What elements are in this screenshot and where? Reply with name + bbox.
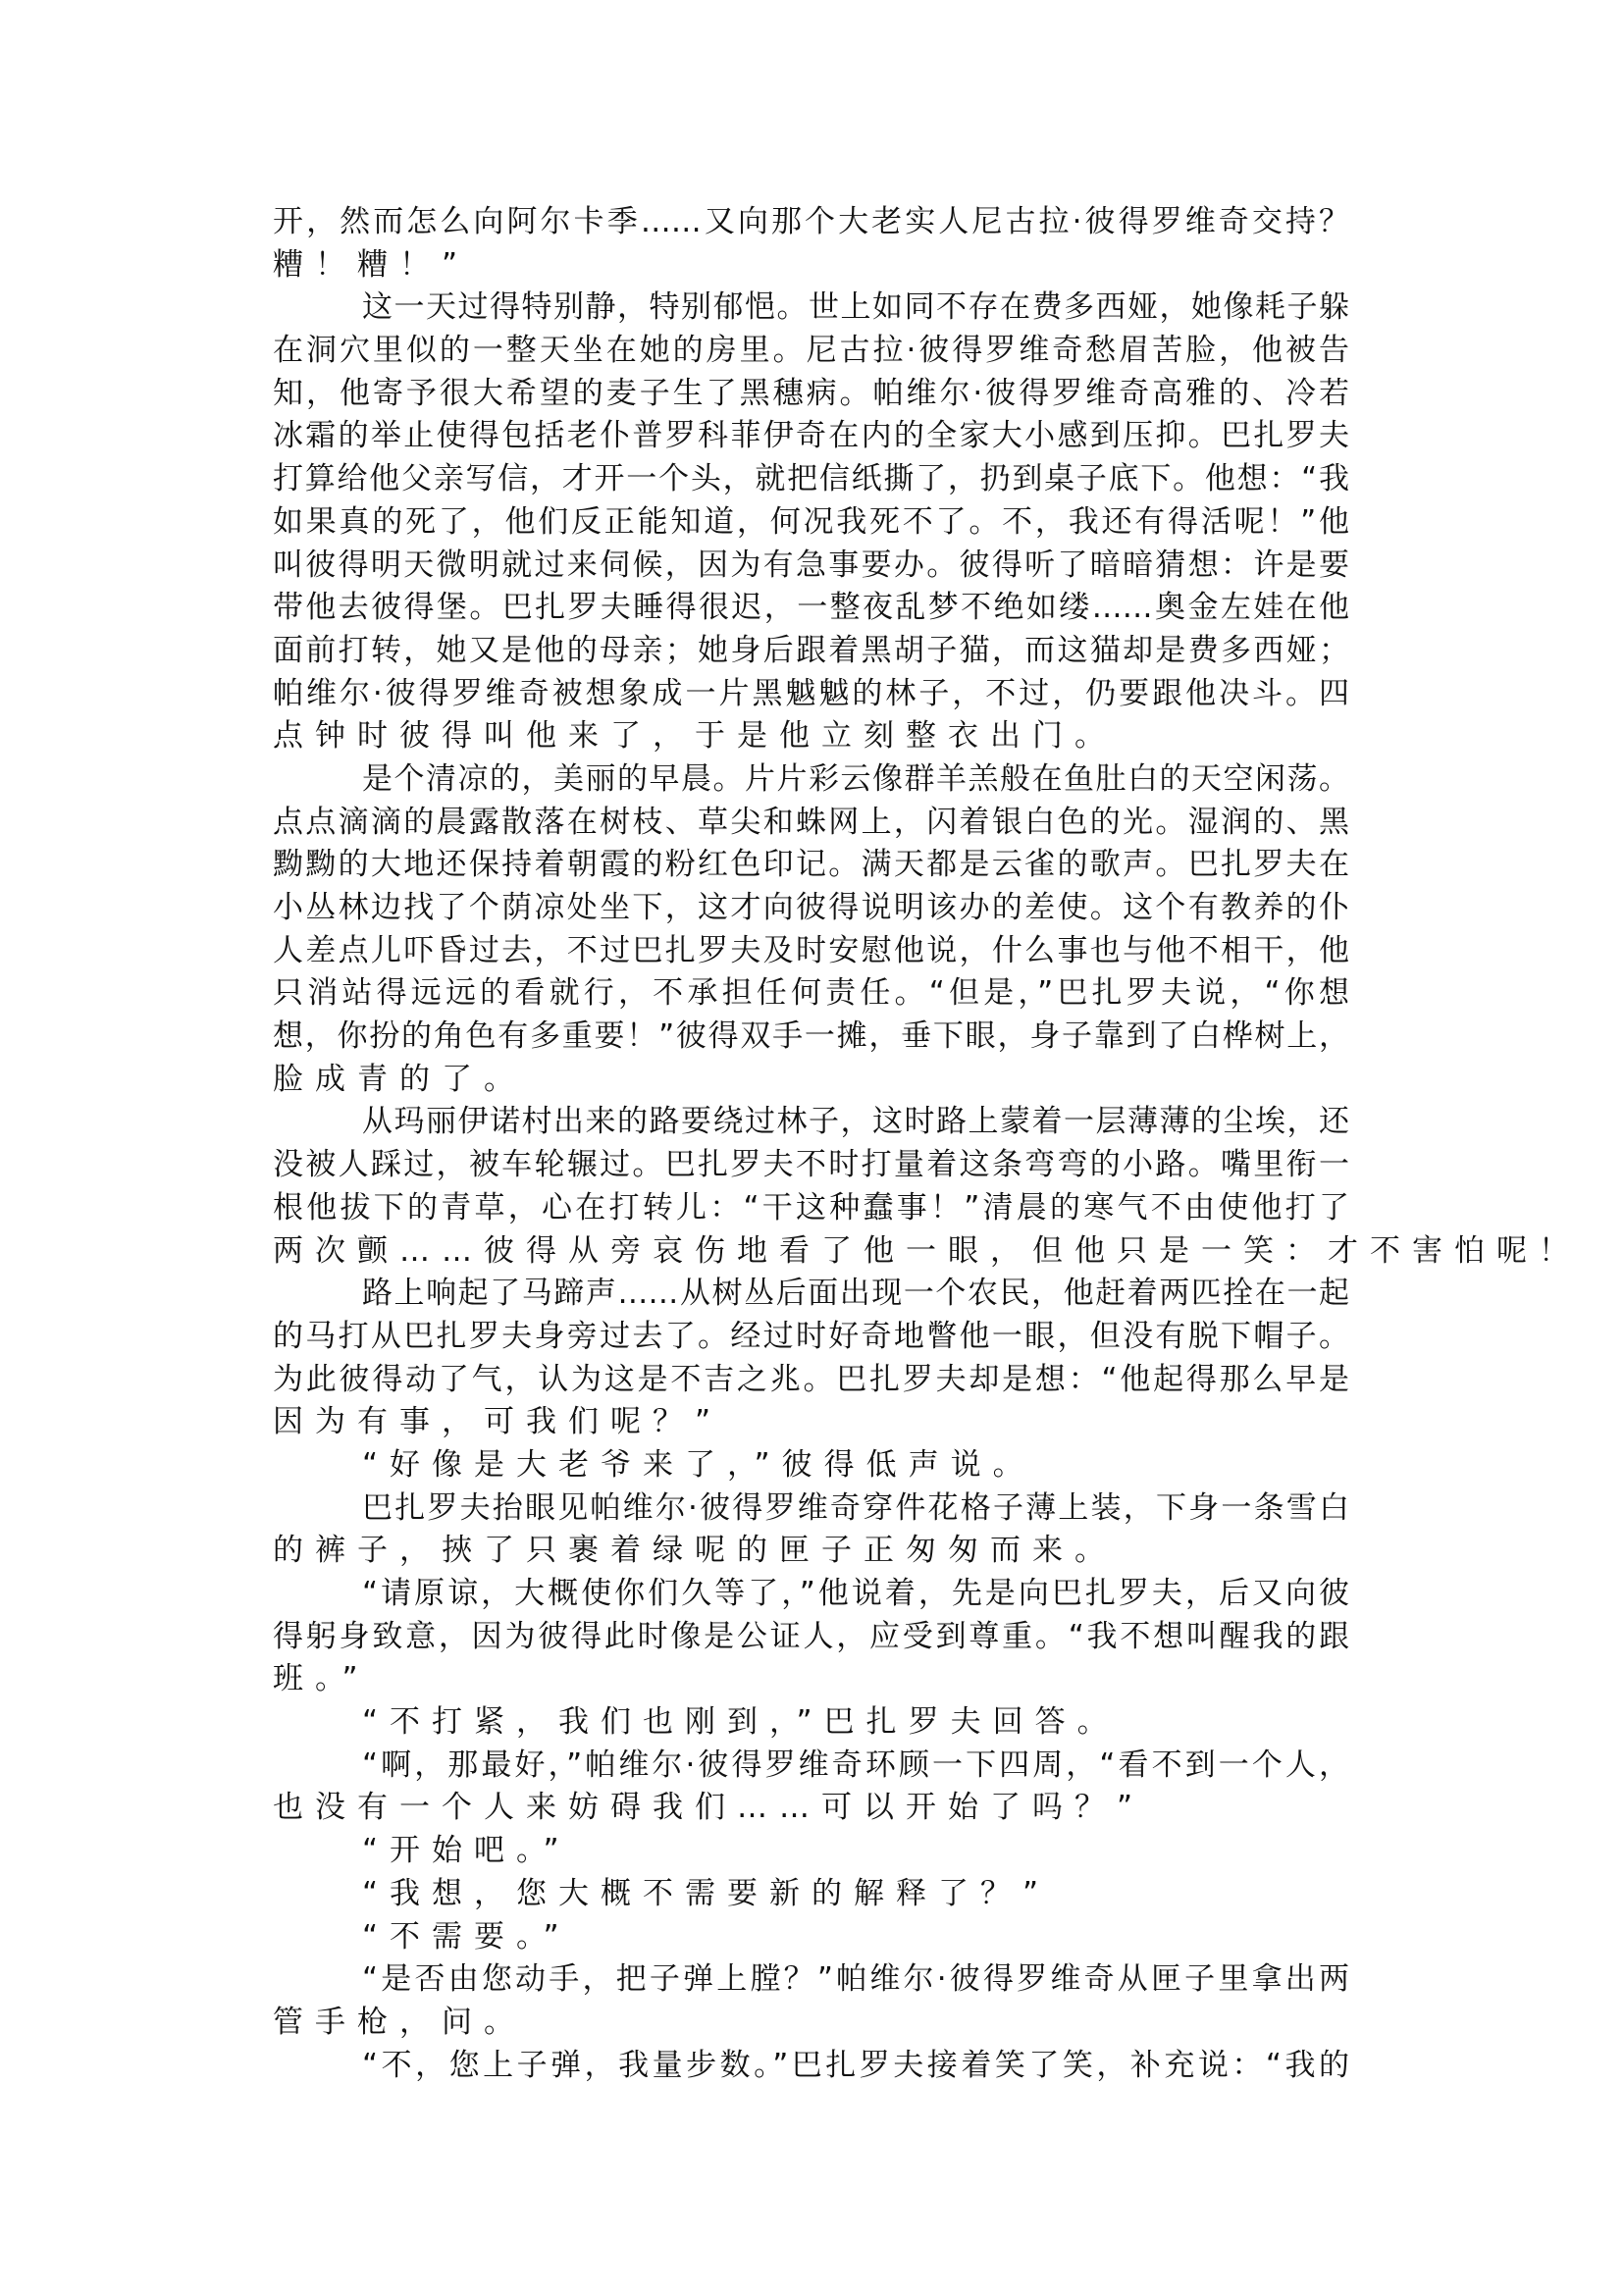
text-line: “啊，那最好，”帕维尔·彼得罗维奇环顾一下四周，“看不到一个人， (273, 1745, 1349, 1788)
text-line: 人差点儿吓昏过去，不过巴扎罗夫及时安慰他说，什么事也与他不相干，他 (273, 930, 1349, 973)
text-line: 带他去彼得堡。巴扎罗夫睡得很迟，一整夜乱梦不绝如缕……奥金左娃在他 (273, 587, 1349, 630)
text-line: 根他拔下的青草，心在打转儿：“干这种蠢事！”清晨的寒气不由使他打了 (273, 1187, 1349, 1230)
text-line: 的马打从巴扎罗夫身旁过去了。经过时好奇地瞥他一眼，但没有脱下帽子。 (273, 1316, 1349, 1359)
text-line: “我想，您大概不需要新的解释了？” (273, 1873, 1349, 1916)
text-line: 冰霜的举止使得包括老仆普罗科菲伊奇在内的全家大小感到压抑。巴扎罗夫 (273, 415, 1349, 458)
text-line: 两次颤……彼得从旁哀伤地看了他一眼，但他只是一笑：才不害怕呢！ (273, 1230, 1349, 1274)
text-line: 叫彼得明天微明就过来伺候，因为有急事要办。彼得听了暗暗猜想：许是要 (273, 545, 1349, 588)
text-line: 点点滴滴的晨露散落在树枝、草尖和蛛网上，闪着银白色的光。湿润的、黑 (273, 802, 1349, 845)
text-line: “是否由您动手，把子弹上膛？”帕维尔·彼得罗维奇从匣子里拿出两 (273, 1958, 1349, 2002)
text-line: 管手枪，问。 (273, 2002, 1349, 2045)
text-line: “请原谅，大概使你们久等了，”他说着，先是向巴扎罗夫，后又向彼 (273, 1573, 1349, 1616)
text-line: “不需要。” (273, 1916, 1349, 1959)
text-line: 从玛丽伊诺村出来的路要绕过林子，这时路上蒙着一层薄薄的尘埃，还 (273, 1101, 1349, 1144)
text-line: 的裤子，挾了只裹着绿呢的匣子正匆匆而来。 (273, 1530, 1349, 1573)
text-line: 路上响起了马蹄声……从树丛后面出现一个农民，他赶着两匹拴在一起 (273, 1273, 1349, 1316)
text-line: 开，然而怎么向阿尔卡季……又向那个大老实人尼古拉·彼得罗维奇交持？ (273, 201, 1349, 244)
text-line: 巴扎罗夫抬眼见帕维尔·彼得罗维奇穿件花格子薄上装，下身一条雪白 (273, 1487, 1349, 1531)
text-line: 知，他寄予很大希望的麦子生了黑穗病。帕维尔·彼得罗维奇高雅的、冷若 (273, 373, 1349, 416)
text-line: 小丛林边找了个荫凉处坐下，这才向彼得说明该办的差使。这个有教养的仆 (273, 887, 1349, 930)
text-line: 打算给他父亲写信，才开一个头，就把信纸撕了，扔到桌子底下。他想：“我 (273, 458, 1349, 501)
document-page: 开，然而怎么向阿尔卡季……又向那个大老实人尼古拉·彼得罗维奇交持？糟！糟！”这一… (273, 201, 1349, 2087)
text-line: 为此彼得动了气，认为这是不吉之兆。巴扎罗夫却是想：“他起得那么早是 (273, 1359, 1349, 1402)
text-line: 得躬身致意，因为彼得此时像是公证人，应受到尊重。“我不想叫醒我的跟 (273, 1616, 1349, 1659)
text-line: 糟！糟！” (273, 244, 1349, 287)
text-line: 黝黝的大地还保持着朝霞的粉红色印记。满天都是云雀的歌声。巴扎罗夫在 (273, 844, 1349, 887)
text-line: 如果真的死了，他们反正能知道，何况我死不了。不，我还有得活呢！”他 (273, 501, 1349, 545)
text-line: 因为有事，可我们呢？” (273, 1401, 1349, 1444)
text-line: 没被人踩过，被车轮辗过。巴扎罗夫不时打量着这条弯弯的小路。嘴里衔一 (273, 1144, 1349, 1187)
text-line: “不打紧，我们也刚到，”巴扎罗夫回答。 (273, 1701, 1349, 1745)
text-line: 班。” (273, 1658, 1349, 1701)
text-line: 脸成青的了。 (273, 1059, 1349, 1102)
text-line: 也没有一个人来妨碍我们……可以开始了吗？” (273, 1787, 1349, 1830)
text-line: “开始吧。” (273, 1830, 1349, 1873)
text-line: 在洞穴里似的一整天坐在她的房里。尼古拉·彼得罗维奇愁眉苦脸，他被告 (273, 330, 1349, 373)
text-line: 这一天过得特别静，特别郁悒。世上如同不存在费多西娅，她像耗子躲 (273, 287, 1349, 330)
text-line: 是个清凉的，美丽的早晨。片片彩云像群羊羔般在鱼肚白的天空闲荡。 (273, 758, 1349, 802)
text-line: 想，你扮的角色有多重要！”彼得双手一摊，垂下眼，身子靠到了白桦树上， (273, 1016, 1349, 1059)
text-line: 面前打转，她又是他的母亲；她身后跟着黑胡子猫，而这猫却是费多西娅； (273, 630, 1349, 673)
text-line: 点钟时彼得叫他来了，于是他立刻整衣出门。 (273, 715, 1349, 758)
text-line: 只消站得远远的看就行，不承担任何责任。“但是，”巴扎罗夫说，“你想 (273, 972, 1349, 1016)
text-line: 帕维尔·彼得罗维奇被想象成一片黑魆魆的林子，不过，仍要跟他决斗。四 (273, 673, 1349, 716)
text-line: “不，您上子弹，我量步数。”巴扎罗夫接着笑了笑，补充说：“我的 (273, 2045, 1349, 2088)
text-line: “好像是大老爷来了，”彼得低声说。 (273, 1444, 1349, 1487)
